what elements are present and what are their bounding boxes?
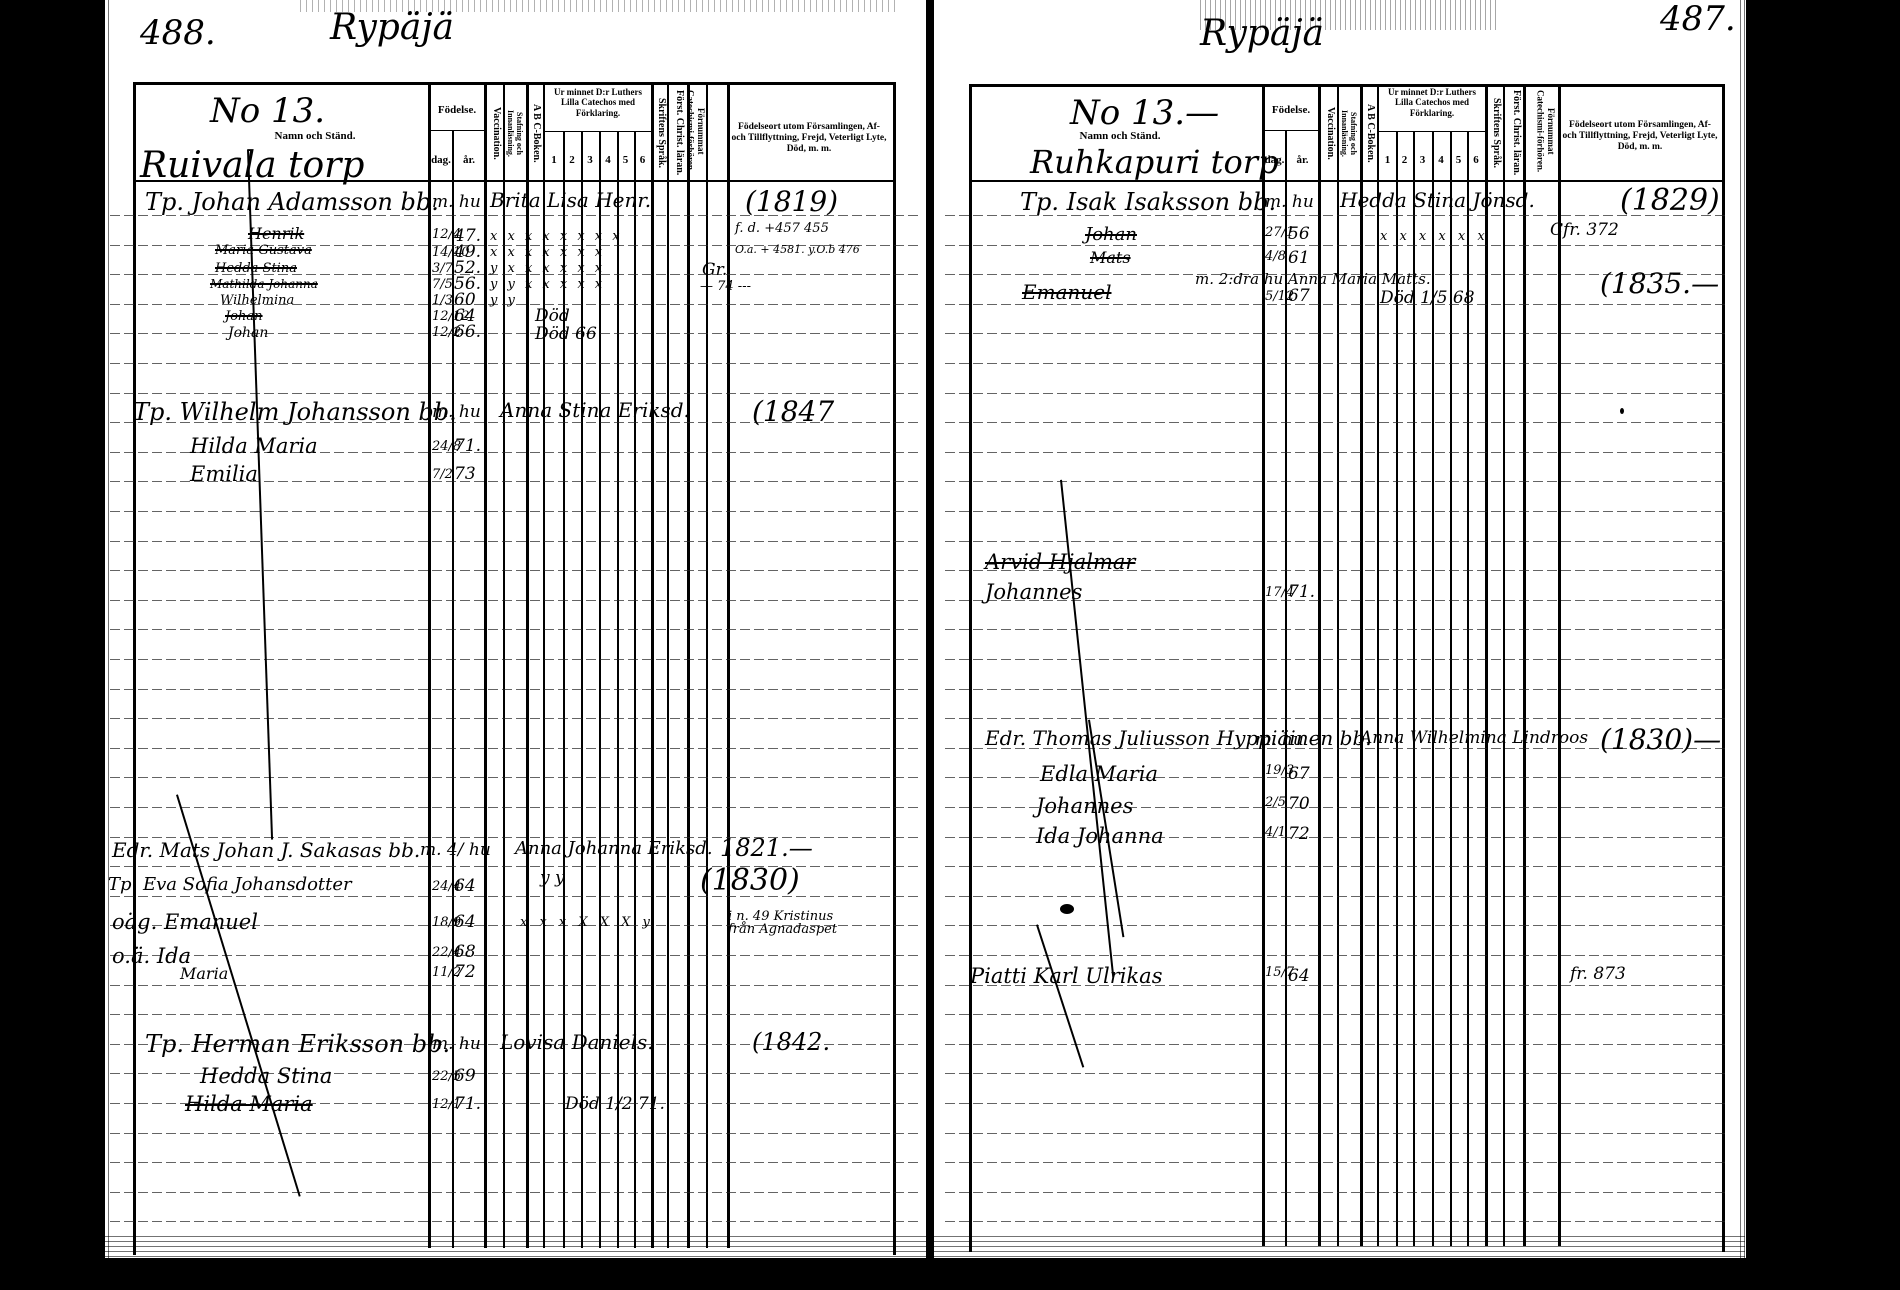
ruled-line [945, 511, 1725, 512]
ruled-line [945, 896, 1725, 897]
ruled-line [945, 629, 1725, 630]
child-marks: m. 2:dra hu Anna Maria Matts. [1195, 272, 1431, 287]
entry-head: Tp. Herman Eriksson bb. [145, 1032, 450, 1056]
entry-spouse: Brita Lisa Henr. [490, 190, 651, 210]
right-village-name: Rypäjä [1200, 16, 1324, 52]
ruled-line [945, 925, 1725, 926]
child-name: Tp. Eva Sofia Johansdotter [108, 876, 352, 894]
child-day: 3/7 [432, 262, 453, 275]
left-col-line [563, 132, 565, 1248]
child-name: Emilia [190, 464, 258, 485]
child-year: 67 [1288, 288, 1310, 305]
entry-birth-note: 1821.— [720, 836, 813, 860]
entry-head: Arvid Hjalmar [985, 552, 1135, 573]
left-col-line [617, 132, 619, 1248]
child-name: Maria [180, 966, 228, 982]
child-name: Henrik [248, 226, 304, 242]
catechism-col-3: 3 [1413, 154, 1432, 167]
header-birth-year: år. [454, 154, 484, 167]
ruled-line [110, 629, 918, 630]
entry-head: Tp. Wilhelm Johansson bb. [133, 400, 457, 424]
ruled-line [945, 1014, 1725, 1015]
entry-head: Edr. Thomas Juliusson Hyppiäinen bb. [985, 728, 1372, 748]
child-death: Död 1/5 68 [1380, 290, 1475, 307]
child-name: Hedda Stina [215, 262, 297, 275]
ruled-line [945, 955, 1725, 956]
child-marks: y y [490, 294, 518, 307]
entry-spouse: Hedda Stina Jönsd. [1340, 190, 1535, 210]
child-day: 7/5 [432, 278, 453, 291]
child-day: 1/3 [432, 294, 453, 307]
child-note: i n. 49 Kristinus från Agnadaspet [728, 910, 838, 936]
header-notes: Födelseort utom Församlingen, Af- och Ti… [1561, 120, 1719, 153]
book-binding [926, 0, 934, 1262]
ruled-line [945, 422, 1725, 423]
ruled-line [945, 866, 1725, 867]
entry-spouse: Anna Stina Eriksd. [500, 400, 690, 420]
child-name: Johan [225, 310, 263, 323]
child-year: 64 [454, 878, 476, 895]
entry-marks: m. 4/ hu [420, 842, 491, 859]
birth-subheader-line [1262, 130, 1320, 131]
ruled-line [110, 511, 918, 512]
entry-marks: m. hu [432, 404, 481, 421]
child-marks: x x x x x x [1380, 230, 1489, 243]
header-vaccination: Vaccination. [1320, 88, 1336, 178]
entry-birth-note: (1847 [752, 398, 834, 426]
entry-birth-note: (1830)— [1600, 726, 1721, 754]
child-name: Mathilda Johanna [210, 278, 318, 290]
entry-birth-note: (1829) [1620, 186, 1720, 216]
right-page-number: 487. [1660, 2, 1736, 36]
header-name: Namn och Ständ. [1065, 130, 1175, 143]
child-year: 72 [1288, 826, 1310, 843]
child-marks: Död 1/2 71. [565, 1096, 665, 1113]
right-farm-name: Ruhkapuri torp [1030, 146, 1278, 178]
child-name: Maria Gustava [215, 244, 312, 257]
child-name: Johannes [1036, 796, 1133, 817]
right-col-line [1558, 84, 1561, 1246]
child-year: 70 [1288, 796, 1310, 813]
child-year: 68 [454, 944, 476, 961]
entry-sub-note: f. d. +457 455 [735, 222, 829, 235]
right-col-line [1318, 84, 1321, 1246]
ruled-line [110, 955, 918, 956]
ruled-line [945, 1103, 1725, 1104]
ruled-line [945, 1073, 1725, 1074]
child-name: Johan [228, 326, 268, 340]
child-year: 61 [1288, 250, 1310, 267]
header-abc-book: A B C-Boken. [528, 88, 542, 178]
catechism-col-6: 6 [1467, 154, 1485, 167]
ruled-line [945, 689, 1725, 690]
header-scripture: Skriftens Språk. [1487, 88, 1502, 178]
ruled-line [110, 748, 918, 749]
header-catechism-exam: Förnummat Catechismi-förhören. [689, 84, 706, 178]
header-catechism: Ur minnet D:r Luthers Lilla Catechos med… [545, 87, 651, 118]
child-year: 71. [454, 438, 481, 455]
ruled-line [945, 393, 1725, 394]
child-year: 66. [454, 324, 481, 341]
left-col-line [599, 132, 601, 1248]
left-col-line [634, 132, 636, 1248]
child-marks: y x x x x x x [490, 262, 605, 275]
header-christ-doctrine: Först. Christ. läran. [669, 88, 685, 178]
right-col-line [1523, 84, 1526, 1246]
child-year: 71. [454, 1096, 481, 1113]
child-name: Emanuel [1022, 282, 1111, 302]
ruled-line [945, 363, 1725, 364]
entry-birth-note: (1842. [752, 1030, 830, 1054]
entry-marks: m. hu [1255, 732, 1304, 749]
ruled-line [110, 541, 918, 542]
ruled-line [945, 452, 1725, 453]
child-name: oäg. Emanuel [112, 912, 258, 933]
child-marks: y y x x x x x [490, 278, 605, 291]
ink-blot [1060, 904, 1074, 914]
child-year: 67 [1288, 766, 1310, 783]
header-name: Namn och Ständ. [260, 130, 370, 143]
catechism-col-5: 5 [1450, 154, 1467, 167]
right-col-line [1503, 84, 1505, 1246]
child-day: 7/2 [432, 468, 453, 481]
entry-marks: m. hu [432, 1036, 481, 1053]
catechism-subheader-line [1377, 131, 1487, 132]
entry-spouse: Lovisa Daniels. [500, 1032, 654, 1052]
ruled-line [110, 363, 918, 364]
ruled-line [110, 393, 918, 394]
child-note: — 74 --- [700, 280, 751, 293]
child-name: Mats [1090, 250, 1131, 266]
header-vaccination: Vaccination. [486, 88, 502, 178]
catechism-col-2: 2 [1396, 154, 1413, 167]
ruled-line [110, 600, 918, 601]
child-year: 71. [1288, 584, 1315, 601]
child-name: Johannes [985, 582, 1082, 603]
child-name: Hilda Maria [185, 1094, 313, 1115]
header-notes: Födelseort utom Församlingen, Af- och Ti… [730, 122, 888, 155]
entry-spouse: Anna Johanna Eriksd. [515, 840, 713, 858]
entry-head: Tp. Johan Adamsson bb. [145, 190, 439, 214]
child-note: O.a. + 4581. y.O.b 476 [735, 244, 860, 255]
child-year: 73 [454, 466, 476, 483]
catechism-col-5: 5 [617, 154, 634, 167]
child-year: 56 [1288, 226, 1310, 243]
ruled-line [110, 807, 918, 808]
header-birth-day: dag. [430, 154, 452, 167]
child-name: Wilhelmina [220, 294, 294, 307]
entry-head: Piatti Karl Ulrikas [970, 966, 1162, 987]
entry-sub-note: Cfr. 372 [1550, 222, 1619, 239]
entry-marks: m. hu [432, 194, 481, 211]
header-catechism: Ur minnet D:r Luthers Lilla Catechos med… [1379, 87, 1485, 118]
child-marks: x x x X X X y [520, 916, 654, 929]
right-register-table [969, 84, 1725, 1252]
ruled-line [110, 689, 918, 690]
left-page-number: 488. [140, 16, 216, 50]
entry-year: 64 [1288, 968, 1310, 985]
birth-subheader-line [428, 130, 486, 131]
header-birth: Födelse. [1264, 104, 1318, 117]
right-col-line [1337, 84, 1339, 1246]
entry-head: Edr. Mats Johan J. Sakasas bb. [112, 840, 420, 860]
catechism-col-2: 2 [563, 154, 581, 167]
catechism-col-3: 3 [581, 154, 599, 167]
ruled-line [945, 304, 1725, 305]
ruled-line [110, 1133, 918, 1134]
right-col-line [1485, 84, 1488, 1246]
ruled-line [110, 1162, 918, 1163]
catechism-col-4: 4 [1432, 154, 1450, 167]
ruled-line [110, 570, 918, 571]
child-year: 69 [454, 1068, 476, 1085]
child-day: 2/5 [1265, 796, 1286, 809]
ruled-line [945, 1221, 1725, 1222]
scan-edge-right [1740, 0, 1760, 1260]
catechism-col-6: 6 [634, 154, 651, 167]
entry-head: Tp. Isak Isaksson bb. [1020, 190, 1276, 214]
entry-marks: m. hu [1265, 194, 1314, 211]
header-spelling: Stafning och Innanläsning. [506, 88, 524, 178]
header-scripture: Skriftens Språk. [653, 88, 667, 178]
left-farm-name: Ruivala torp [140, 148, 364, 184]
catechism-col-1: 1 [1379, 154, 1396, 167]
header-christ-doctrine: Först. Christ. läran. [1505, 88, 1522, 178]
left-village-name: Rypäjä [330, 10, 454, 46]
ruled-line [110, 1192, 918, 1193]
child-marks: x x x x x x x [490, 246, 605, 259]
ruled-line [945, 1162, 1725, 1163]
header-catechism-exam: Förnummat Catechismi-förhören. [1526, 84, 1556, 178]
child-year: 72 [454, 964, 476, 981]
entry-birth-note: fr. 873 [1570, 966, 1626, 983]
child-name: Johan [1085, 226, 1137, 244]
scan-edge-left [88, 0, 110, 1260]
ruled-line [110, 718, 918, 719]
ruled-line [945, 1133, 1725, 1134]
ruled-line [945, 333, 1725, 334]
right-register-number: No 13.— [1070, 96, 1219, 130]
ruled-line [110, 1014, 918, 1015]
ruled-line [945, 659, 1725, 660]
ruled-line [110, 1221, 918, 1222]
catechism-col-4: 4 [599, 154, 617, 167]
left-register-number: No 13. [210, 94, 325, 128]
child-marks: x x x x x x x x [490, 230, 623, 243]
child-note: (1835.— [1600, 270, 1719, 298]
right-col-line [1377, 84, 1379, 1246]
child-marks: y y [540, 870, 565, 887]
left-col-line [581, 132, 583, 1248]
child-day: 4/8 [1265, 250, 1286, 263]
header-birth-year: år. [1287, 154, 1318, 167]
child-name: Hilda Maria [190, 436, 318, 457]
ink-speck [1620, 408, 1624, 414]
child-marks: Död 66 [535, 326, 597, 343]
ruled-line [945, 245, 1725, 246]
header-abc-book: A B C-Boken. [1362, 88, 1376, 178]
child-marks: Död [535, 308, 570, 325]
child-note: Gr. [702, 262, 727, 279]
ruled-line [945, 718, 1725, 719]
ruled-line [945, 1044, 1725, 1045]
entry-spouse: Anna Wilhelmina Lindroos [1360, 730, 1588, 747]
child-year: 64 [454, 914, 476, 931]
ruled-line [110, 777, 918, 778]
child-note: (1830) [700, 866, 800, 896]
entry-birth-note: (1819) [745, 188, 838, 216]
ruled-line [945, 1192, 1725, 1193]
ruled-line [945, 541, 1725, 542]
ruled-line [110, 659, 918, 660]
header-spelling: Stafning och Innanläsning. [1339, 88, 1358, 178]
child-day: 4/1 [1265, 826, 1286, 839]
ruled-line [110, 985, 918, 986]
header-birth: Födelse. [430, 104, 484, 117]
catechism-col-1: 1 [545, 154, 563, 167]
right-col-line [1360, 84, 1363, 1246]
catechism-subheader-line [543, 131, 653, 132]
